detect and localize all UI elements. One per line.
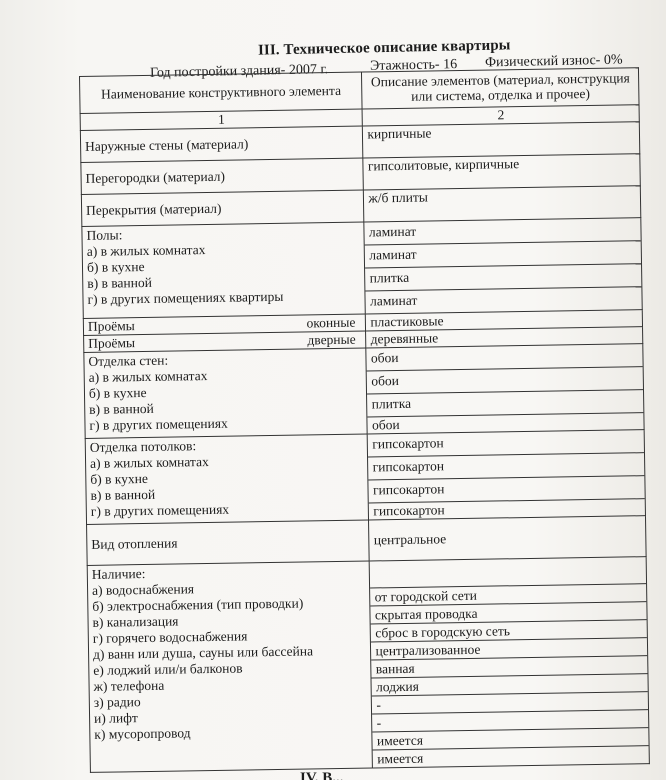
header-col2: Описание элементов (материал, конструкци…	[362, 68, 639, 109]
technical-description-table: Наименование конструктивного элемента Оп…	[79, 67, 650, 773]
heating-label: Вид отопления	[87, 520, 370, 565]
openings-label: Проёмы	[88, 335, 135, 351]
table-row-ceiling-finish: Отделка потолков: а) в жилых комнатах б)…	[85, 430, 645, 525]
wall-finish-item-label: г) в других помещениях	[89, 414, 363, 434]
ceiling-finish-labels: Отделка потолков: а) в жилых комнатах б)…	[85, 434, 369, 524]
document-page: III. Техническое описание квартиры Год п…	[0, 0, 666, 780]
partitions-value: гипсолитовые, кирпичные	[363, 154, 640, 190]
table-row-availability: Наличие: а) водоснабжения б) электроснаб…	[87, 557, 649, 773]
availability-values: от городской сети скрытая проводка сброс…	[370, 557, 650, 768]
ceiling-finish-values: гипсокартон гипсокартон гипсокартон гипс…	[368, 430, 646, 520]
openings-label: Проёмы	[88, 318, 135, 334]
partitions-label: Перегородки (материал)	[81, 158, 364, 194]
heating-value: центральное	[369, 516, 646, 561]
table-row-wall-finish: Отделка стен: а) в жилых комнатах б) в к…	[84, 344, 644, 439]
wall-finish-labels: Отделка стен: а) в жилых комнатах б) в к…	[84, 348, 368, 438]
table-row-flooring: Полы: а) в жилых комнатах б) в кухне в) …	[82, 218, 642, 319]
outer-walls-value: кирпичные	[363, 122, 640, 158]
flooring-values: ламинат ламинат плитка ламинат	[364, 218, 642, 314]
availability-item-label: к) мусоропровод	[94, 723, 368, 743]
ceiling-finish-item-label: г) в других помещениях	[91, 500, 365, 520]
slabs-value: ж/б плиты	[364, 186, 641, 222]
availability-labels: Наличие: а) водоснабжения б) электроснаб…	[87, 561, 373, 772]
flooring-labels: Полы: а) в жилых комнатах б) в кухне в) …	[82, 222, 366, 318]
wall-finish-values: обои обои плитка обои	[366, 344, 644, 434]
outer-walls-label: Наружные стены (материал)	[80, 126, 363, 162]
openings-type: оконные	[306, 315, 361, 331]
next-section-heading: IV. В...	[300, 770, 344, 780]
header-col1: Наименование конструктивного элемента	[80, 72, 363, 113]
section-title: III. Техническое описание квартиры	[258, 37, 511, 59]
flooring-item-label: г) в других помещениях квартиры	[87, 288, 361, 308]
slabs-label: Перекрытия (материал)	[81, 190, 364, 226]
openings-type: дверные	[307, 332, 361, 348]
